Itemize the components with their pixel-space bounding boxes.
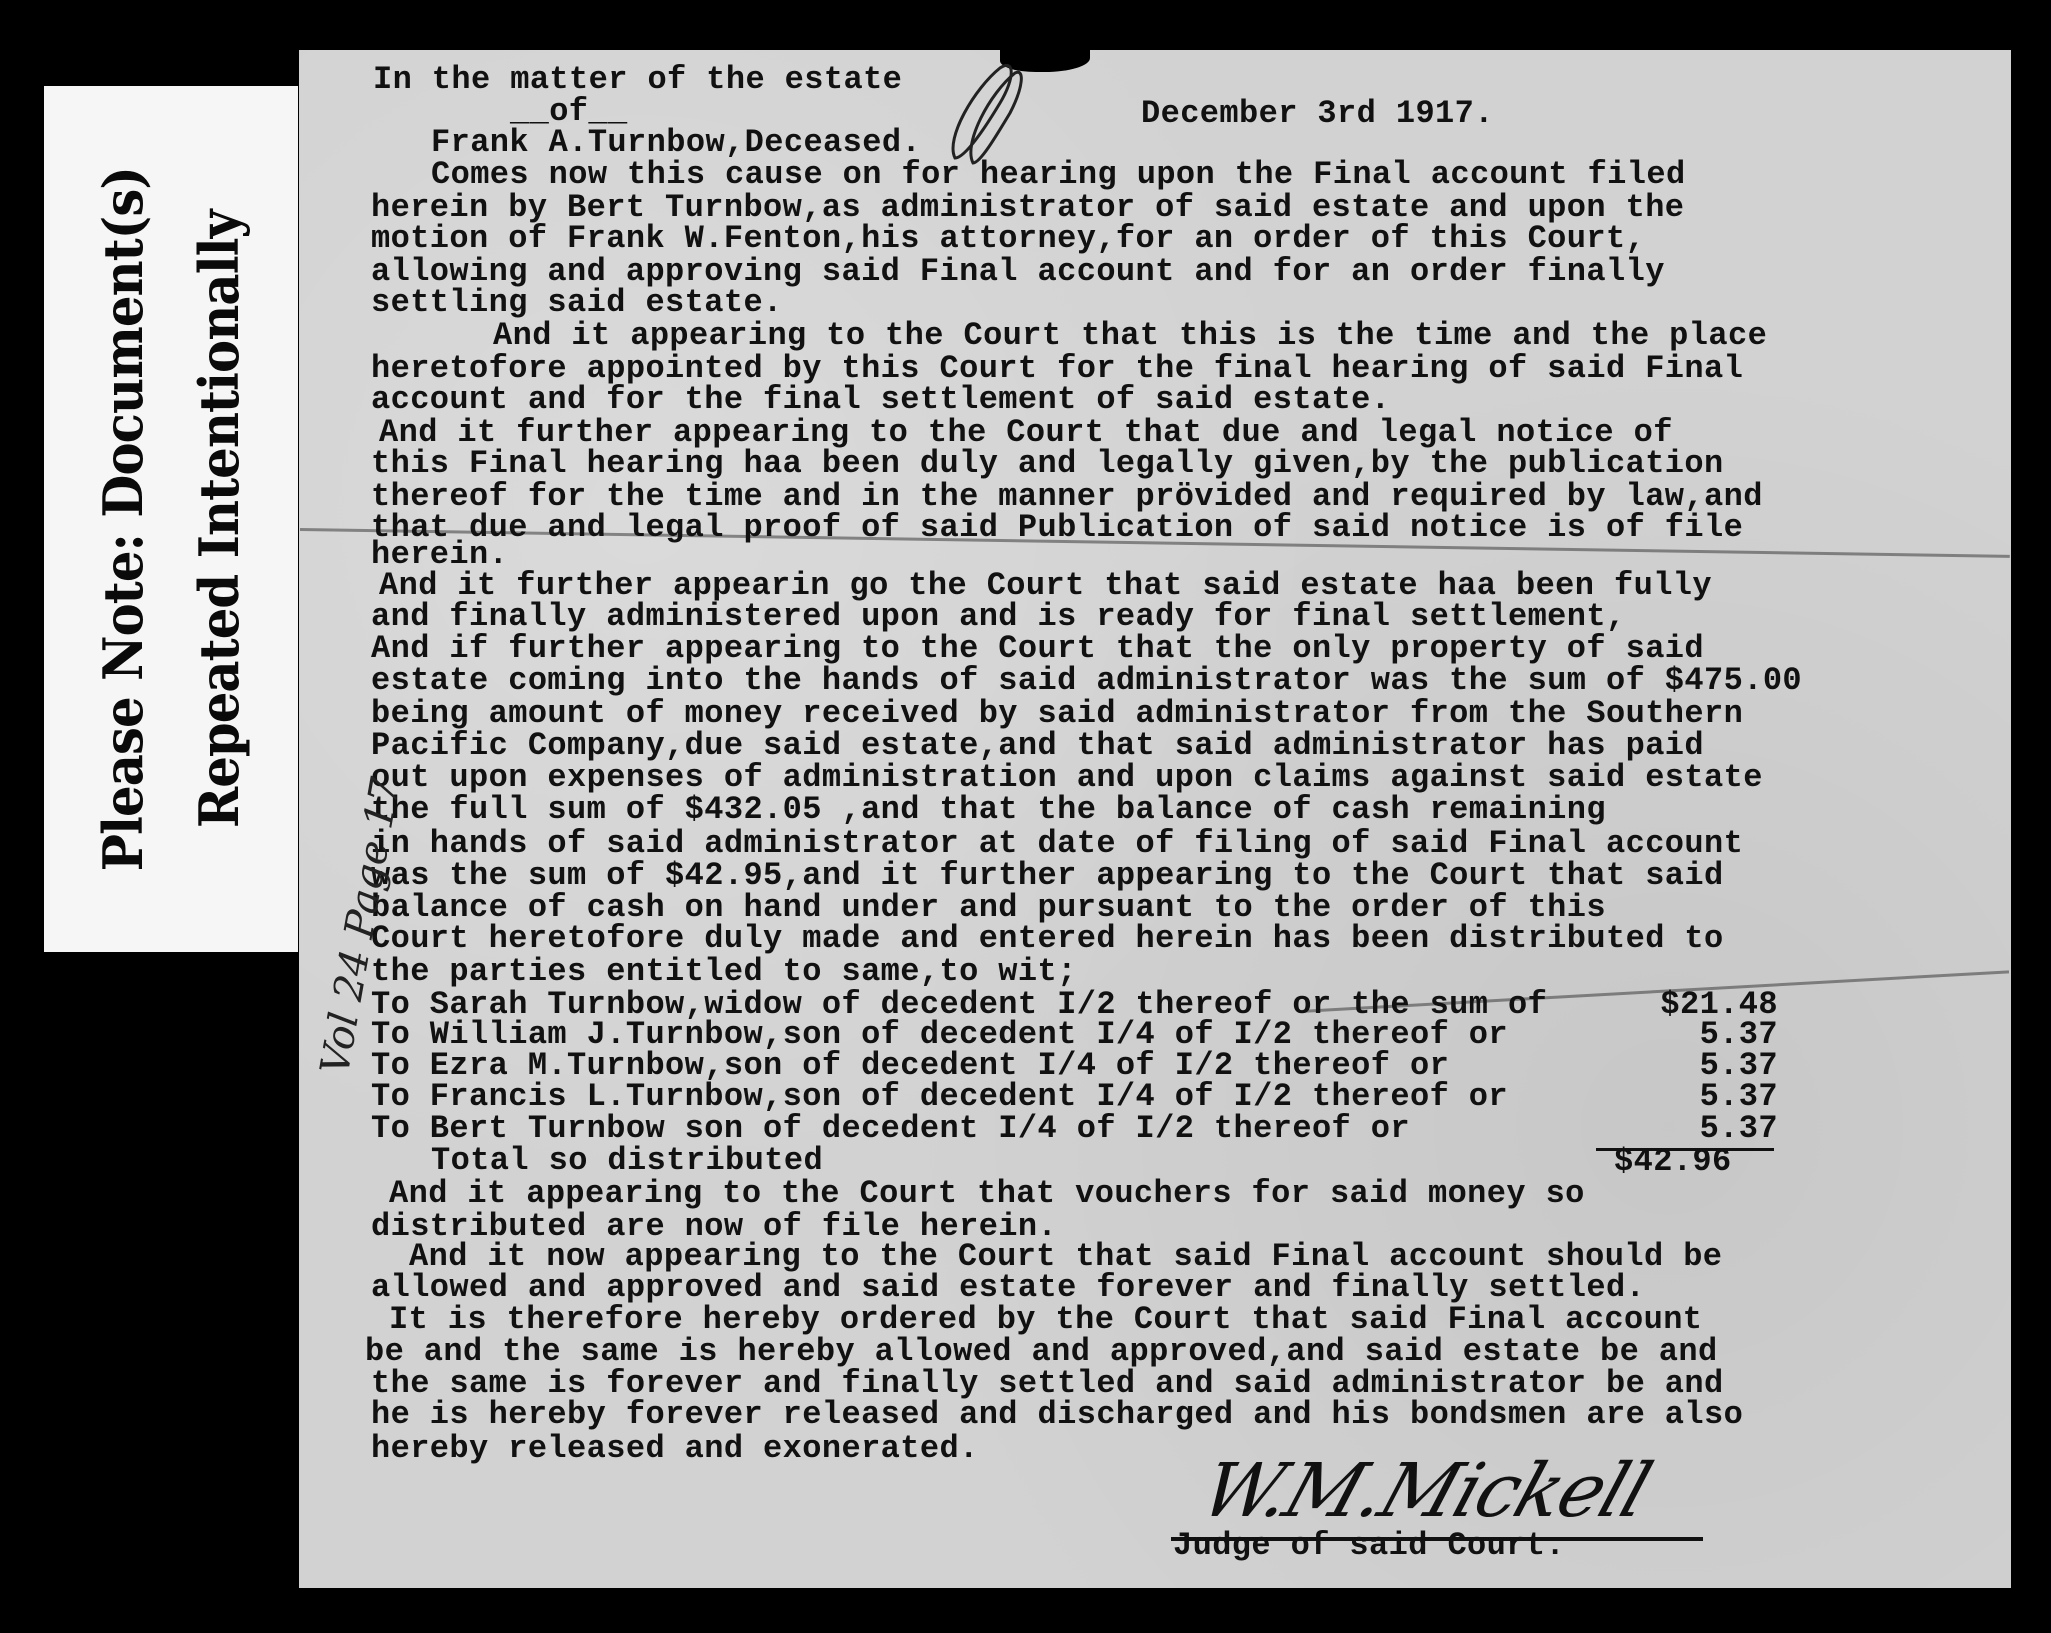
body-line: the parties entitled to same,to wit; — [371, 956, 1077, 988]
closing-line: And it appearing to the Court that vouch… — [389, 1178, 1585, 1210]
handwritten-mark-icon — [945, 58, 1025, 168]
body-line: estate coming into the hands of said adm… — [371, 665, 1802, 697]
judge-signature: W.M.Mickell — [1191, 1448, 1660, 1534]
body-line: Pacific Company,due said estate,and that… — [371, 730, 1704, 762]
distribution-amount: 5.37 — [1578, 1081, 1778, 1113]
body-line: was the sum of $42.95,and it further app… — [371, 860, 1724, 892]
notice-line-2: Repeated Intentionally — [171, 210, 267, 828]
repeated-document-notice-label: Please Note: Document(s) Repeated Intent… — [44, 86, 298, 952]
body-line: out upon expenses of administration and … — [371, 762, 1763, 794]
closing-line: be and the same is hereby allowed and ap… — [365, 1336, 1718, 1368]
signature-title: Judge of said Court. — [1173, 1530, 1565, 1562]
distribution-amount: 5.37 — [1578, 1113, 1778, 1145]
distribution-text: To Francis L.Turnbow,son of decedent I/4… — [371, 1081, 1508, 1113]
notice-text: Please Note: Document(s) Repeated Intent… — [44, 86, 298, 952]
body-line: Court heretofore duly made and entered h… — [371, 923, 1724, 955]
closing-line: allowed and approved and said estate for… — [371, 1272, 1645, 1304]
document-date: December 3rd 1917. — [1141, 98, 1494, 130]
body-line: this Final hearing haa been duly and leg… — [371, 448, 1724, 480]
notice-line-1: Please Note: Document(s) — [75, 167, 171, 871]
body-line: that due and legal proof of said Publica… — [371, 512, 1743, 544]
body-line: in hands of said administrator at date o… — [371, 828, 1743, 860]
total-underline — [1596, 1148, 1774, 1151]
body-line: being amount of money received by said a… — [371, 698, 1743, 730]
body-line: account and for the final settlement of … — [371, 384, 1390, 416]
body-line: And it appearing to the Court that this … — [493, 320, 1767, 352]
body-line: settling said estate. — [371, 287, 783, 319]
body-line: motion of Frank W.Fenton,his attorney,fo… — [371, 223, 1645, 255]
distribution-text: To Bert Turnbow son of decedent I/4 of I… — [371, 1113, 1410, 1145]
body-line: Comes now this cause on for hearing upon… — [431, 159, 1686, 191]
body-line: the full sum of $432.05 ,and that the ba… — [371, 794, 1606, 826]
closing-line: hereby released and exonerated. — [371, 1433, 979, 1465]
closing-line: he is hereby forever released and discha… — [371, 1399, 1743, 1431]
caption-line-3: Frank A.Turnbow,Deceased. — [431, 127, 921, 159]
body-line: and finally administered upon and is rea… — [371, 601, 1626, 633]
caption-line-1: In the matter of the estate — [373, 64, 902, 96]
total-label: Total so distributed — [431, 1145, 823, 1177]
body-line: And if further appearing to the Court th… — [371, 633, 1704, 665]
closing-line: It is therefore hereby ordered by the Co… — [389, 1304, 1702, 1336]
